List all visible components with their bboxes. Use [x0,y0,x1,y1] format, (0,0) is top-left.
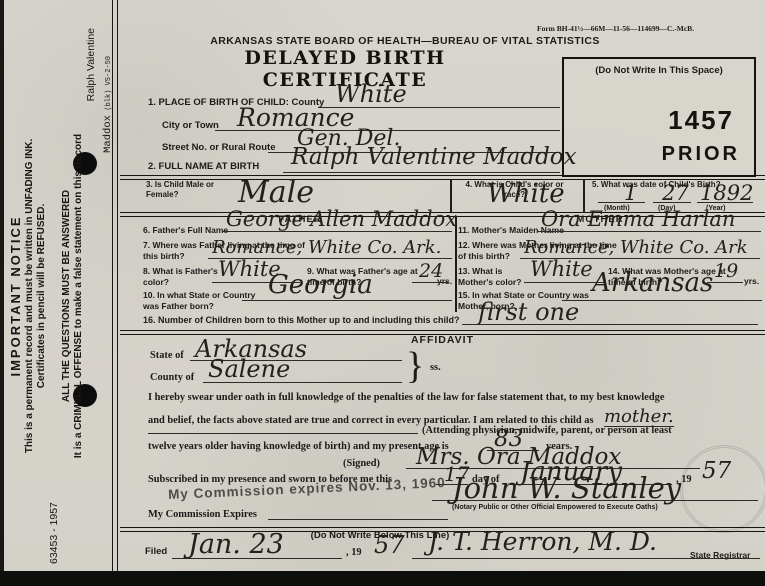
notice-permanent-record: This is a permanent record and must be w… [24,16,35,576]
q16-label: 16. Number of Children born to this Moth… [143,315,460,327]
notary-signature: John W. Stanley [452,474,681,503]
registrar-underline [412,558,760,559]
attending-label: (Attending physician, midwife, parent, o… [422,425,672,436]
q6-label: 6. Father's Full Name [143,225,228,236]
q2-name-value: Ralph Valentine Maddox [291,146,577,169]
attending-underline [148,433,418,434]
do-not-write-box: (Do Not Write In This Space) 1457 PRIOR [562,57,756,177]
q10-label: 10. In what State or Country was Father … [143,290,271,312]
filed-year-prefix: , 19 [346,547,362,558]
margin-form-code: (blk) VS-2-50 [105,56,113,111]
notice-pencil-refused: Certificates in pencil will be REFUSED. [36,16,47,576]
q11-underline [537,231,761,232]
notice-criminal-offense: It is a CRIMINAL OFFENSE to make a false… [73,16,84,576]
q5-day-value: 27 [662,183,689,204]
q11-value: Ora Emma Harlan [541,209,735,230]
ss-label: ss. [430,362,441,373]
street-label: Street No. or Rural Route [162,142,276,154]
q14-suffix: yrs. [744,276,759,287]
certificate-number: 1457 [668,105,734,136]
scan-left-edge [0,0,4,586]
month-underline [598,202,645,203]
notary-seal [673,438,765,540]
do-not-write-label: (Do Not Write In This Space) [564,65,754,76]
q14-value: 19 [714,262,738,281]
q10-underline [242,300,452,301]
q12-value: Romance, White Co. Ark [524,239,748,257]
age-line-label: twelve years older having knowledge of b… [148,441,449,452]
q7-value: Romance, White Co. Ark. [212,239,441,257]
q10-value: Georgia [268,272,373,298]
serial-number: 63453 - 1957 [48,16,60,576]
q9-underline [412,282,448,283]
commission-underline [268,519,448,520]
q3-label: 3. Is Child Male or Female? [146,180,238,201]
q5-year-value: 1892 [700,183,753,204]
q2-label: 2. FULL NAME AT BIRTH [148,161,259,173]
filed-date-value: Jan. 23 [188,531,284,558]
registrar-label: State Registrar [690,550,750,561]
q6-underline [222,231,452,232]
typed-child-surname: Maddox [102,115,114,153]
scanned-birth-certificate: IMPORTANT NOTICE This is a permanent rec… [0,0,765,586]
q15-value: Arkansas [592,270,713,296]
affidavit-body-line1: I hereby swear under oath in full knowle… [148,392,664,403]
q3-value: Male [238,178,314,208]
registrar-signature: J. T. Herron, M. D. [428,529,657,554]
state-of-label: State of [150,350,184,361]
form-number: Form BH-41½—66M—11-56—114699—C.-McB. [537,24,694,34]
q13-label: 13. What is Mother's color? [458,266,533,288]
filed-label: Filed [145,546,167,558]
city-label: City or Town [162,120,219,132]
prior-stamp: PRIOR [662,143,740,166]
county-of-value: Salene [208,357,290,381]
q16-value: first one [478,300,579,324]
typed-child-name: Ralph Valentine [85,16,97,576]
q13-value: White [530,259,593,280]
signed-label: (Signed) [343,458,380,469]
q9-value: 24 [419,262,443,281]
notice-questions-answered: ALL THE QUESTIONS MUST BE ANSWERED [61,16,72,576]
q8-label: 8. What is Father's color? [143,266,218,288]
commission-expires-label: My Commission Expires [148,509,257,520]
q6-value: George Allen Maddox [226,209,457,230]
ss-brace: } [406,344,424,388]
important-notice-title: IMPORTANT NOTICE [8,16,23,576]
q5-month-value: 1 [624,183,637,204]
subscribed-year-value: 57 [702,460,731,483]
county-of-label: County of [150,372,194,383]
q4-value: White [487,181,565,207]
q15-underline [562,300,762,301]
q2-underline [283,172,560,173]
left-margin-notice: IMPORTANT NOTICE This is a permanent rec… [8,16,108,576]
filed-year-value: 57 [374,533,405,557]
